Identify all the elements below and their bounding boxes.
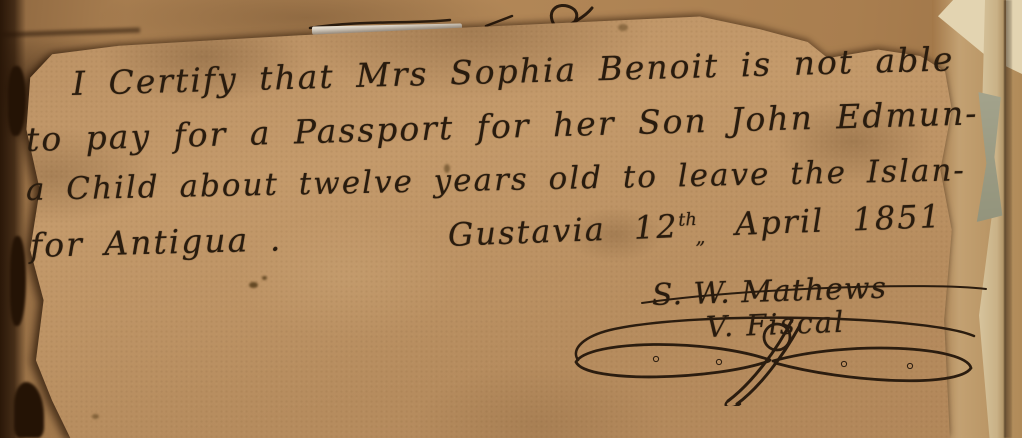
stain-spot (262, 276, 267, 280)
dateline-month-year: April 1851 (734, 197, 942, 243)
stain-spot (92, 414, 99, 419)
scanned-document-photo: I Certify that Mrs Sophia Benoit is not … (0, 0, 1022, 438)
stain-spot (618, 24, 628, 31)
stain-spot (249, 282, 258, 288)
signature-flourish (556, 308, 988, 406)
dateline-place: Gustavia (447, 210, 606, 254)
dateline-day-mark: „ (695, 225, 706, 248)
text-line-4: for Antigua . (29, 219, 282, 265)
dateline-day: 12 (633, 207, 679, 247)
